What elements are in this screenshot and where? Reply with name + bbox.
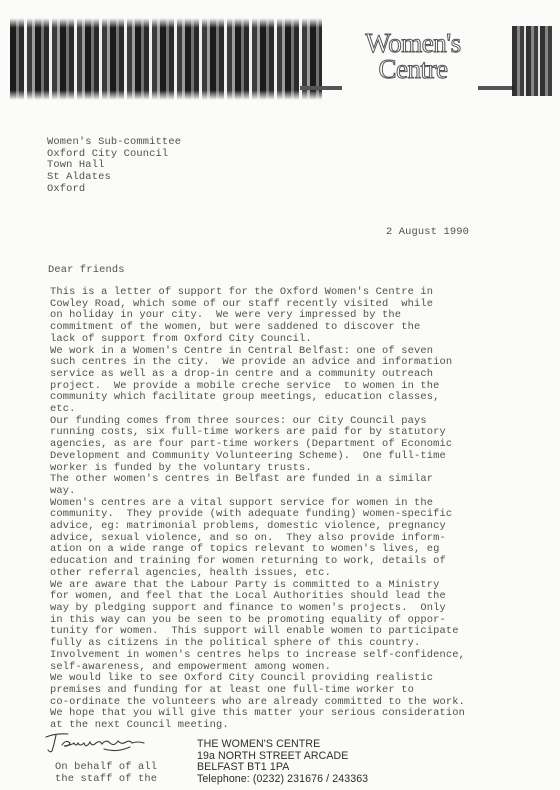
- body-line: lack of support from Oxford City Council…: [50, 334, 465, 346]
- body-line: way.: [50, 486, 465, 498]
- body-line: at the next Council meeting.: [50, 720, 465, 732]
- dancer-photo-right: [512, 26, 552, 96]
- letterhead-rule-right: [478, 86, 514, 90]
- body-line: service as well as a drop-in centre and …: [50, 369, 465, 381]
- letter-date: 2 August 1990: [386, 227, 469, 239]
- body-line: premises and funding for at least one fu…: [50, 685, 465, 697]
- logo-line-1: Women's: [348, 30, 478, 56]
- body-line: advice, eg: matrimonial problems, domest…: [50, 521, 465, 533]
- body-line: Involvement in women's centres helps to …: [50, 650, 465, 662]
- womens-centre-logo: Women's Centre: [348, 30, 478, 82]
- sign-off-line: On behalf of all: [55, 762, 157, 774]
- body-line: The other women's centres in Belfast are…: [50, 474, 465, 486]
- address-line: Oxford: [47, 184, 181, 196]
- footer-telephone: Telephone: (0232) 231676 / 243363: [197, 774, 368, 786]
- address-line: Women's Sub-committee: [47, 137, 181, 149]
- dancers-photo-banner: [10, 18, 322, 100]
- body-line: community which facilitate group meeting…: [50, 392, 465, 404]
- body-line: Development and Community Volunteering S…: [50, 451, 465, 463]
- footer-org-name: THE WOMEN'S CENTRE: [197, 739, 368, 751]
- letterhead-rule-left: [300, 86, 342, 90]
- letter-body: This is a letter of support for the Oxfo…: [50, 287, 465, 732]
- sign-off: On behalf of allthe staff of the: [55, 762, 157, 785]
- sign-off-line: the staff of the: [55, 774, 157, 786]
- body-line: way by pledging support and finance to w…: [50, 603, 465, 615]
- recipient-address: Women's Sub-committeeOxford City Council…: [47, 137, 181, 196]
- logo-line-2: Centre: [348, 56, 478, 82]
- handwritten-signature: [44, 731, 156, 755]
- letterhead: Women's Centre: [0, 0, 560, 110]
- body-line: other referral agencies, health issues, …: [50, 568, 465, 580]
- body-line: etc.: [50, 404, 465, 416]
- footer-address: THE WOMEN'S CENTRE 19a NORTH STREET ARCA…: [197, 739, 368, 785]
- salutation: Dear friends: [48, 265, 125, 277]
- body-line: This is a letter of support for the Oxfo…: [50, 287, 465, 299]
